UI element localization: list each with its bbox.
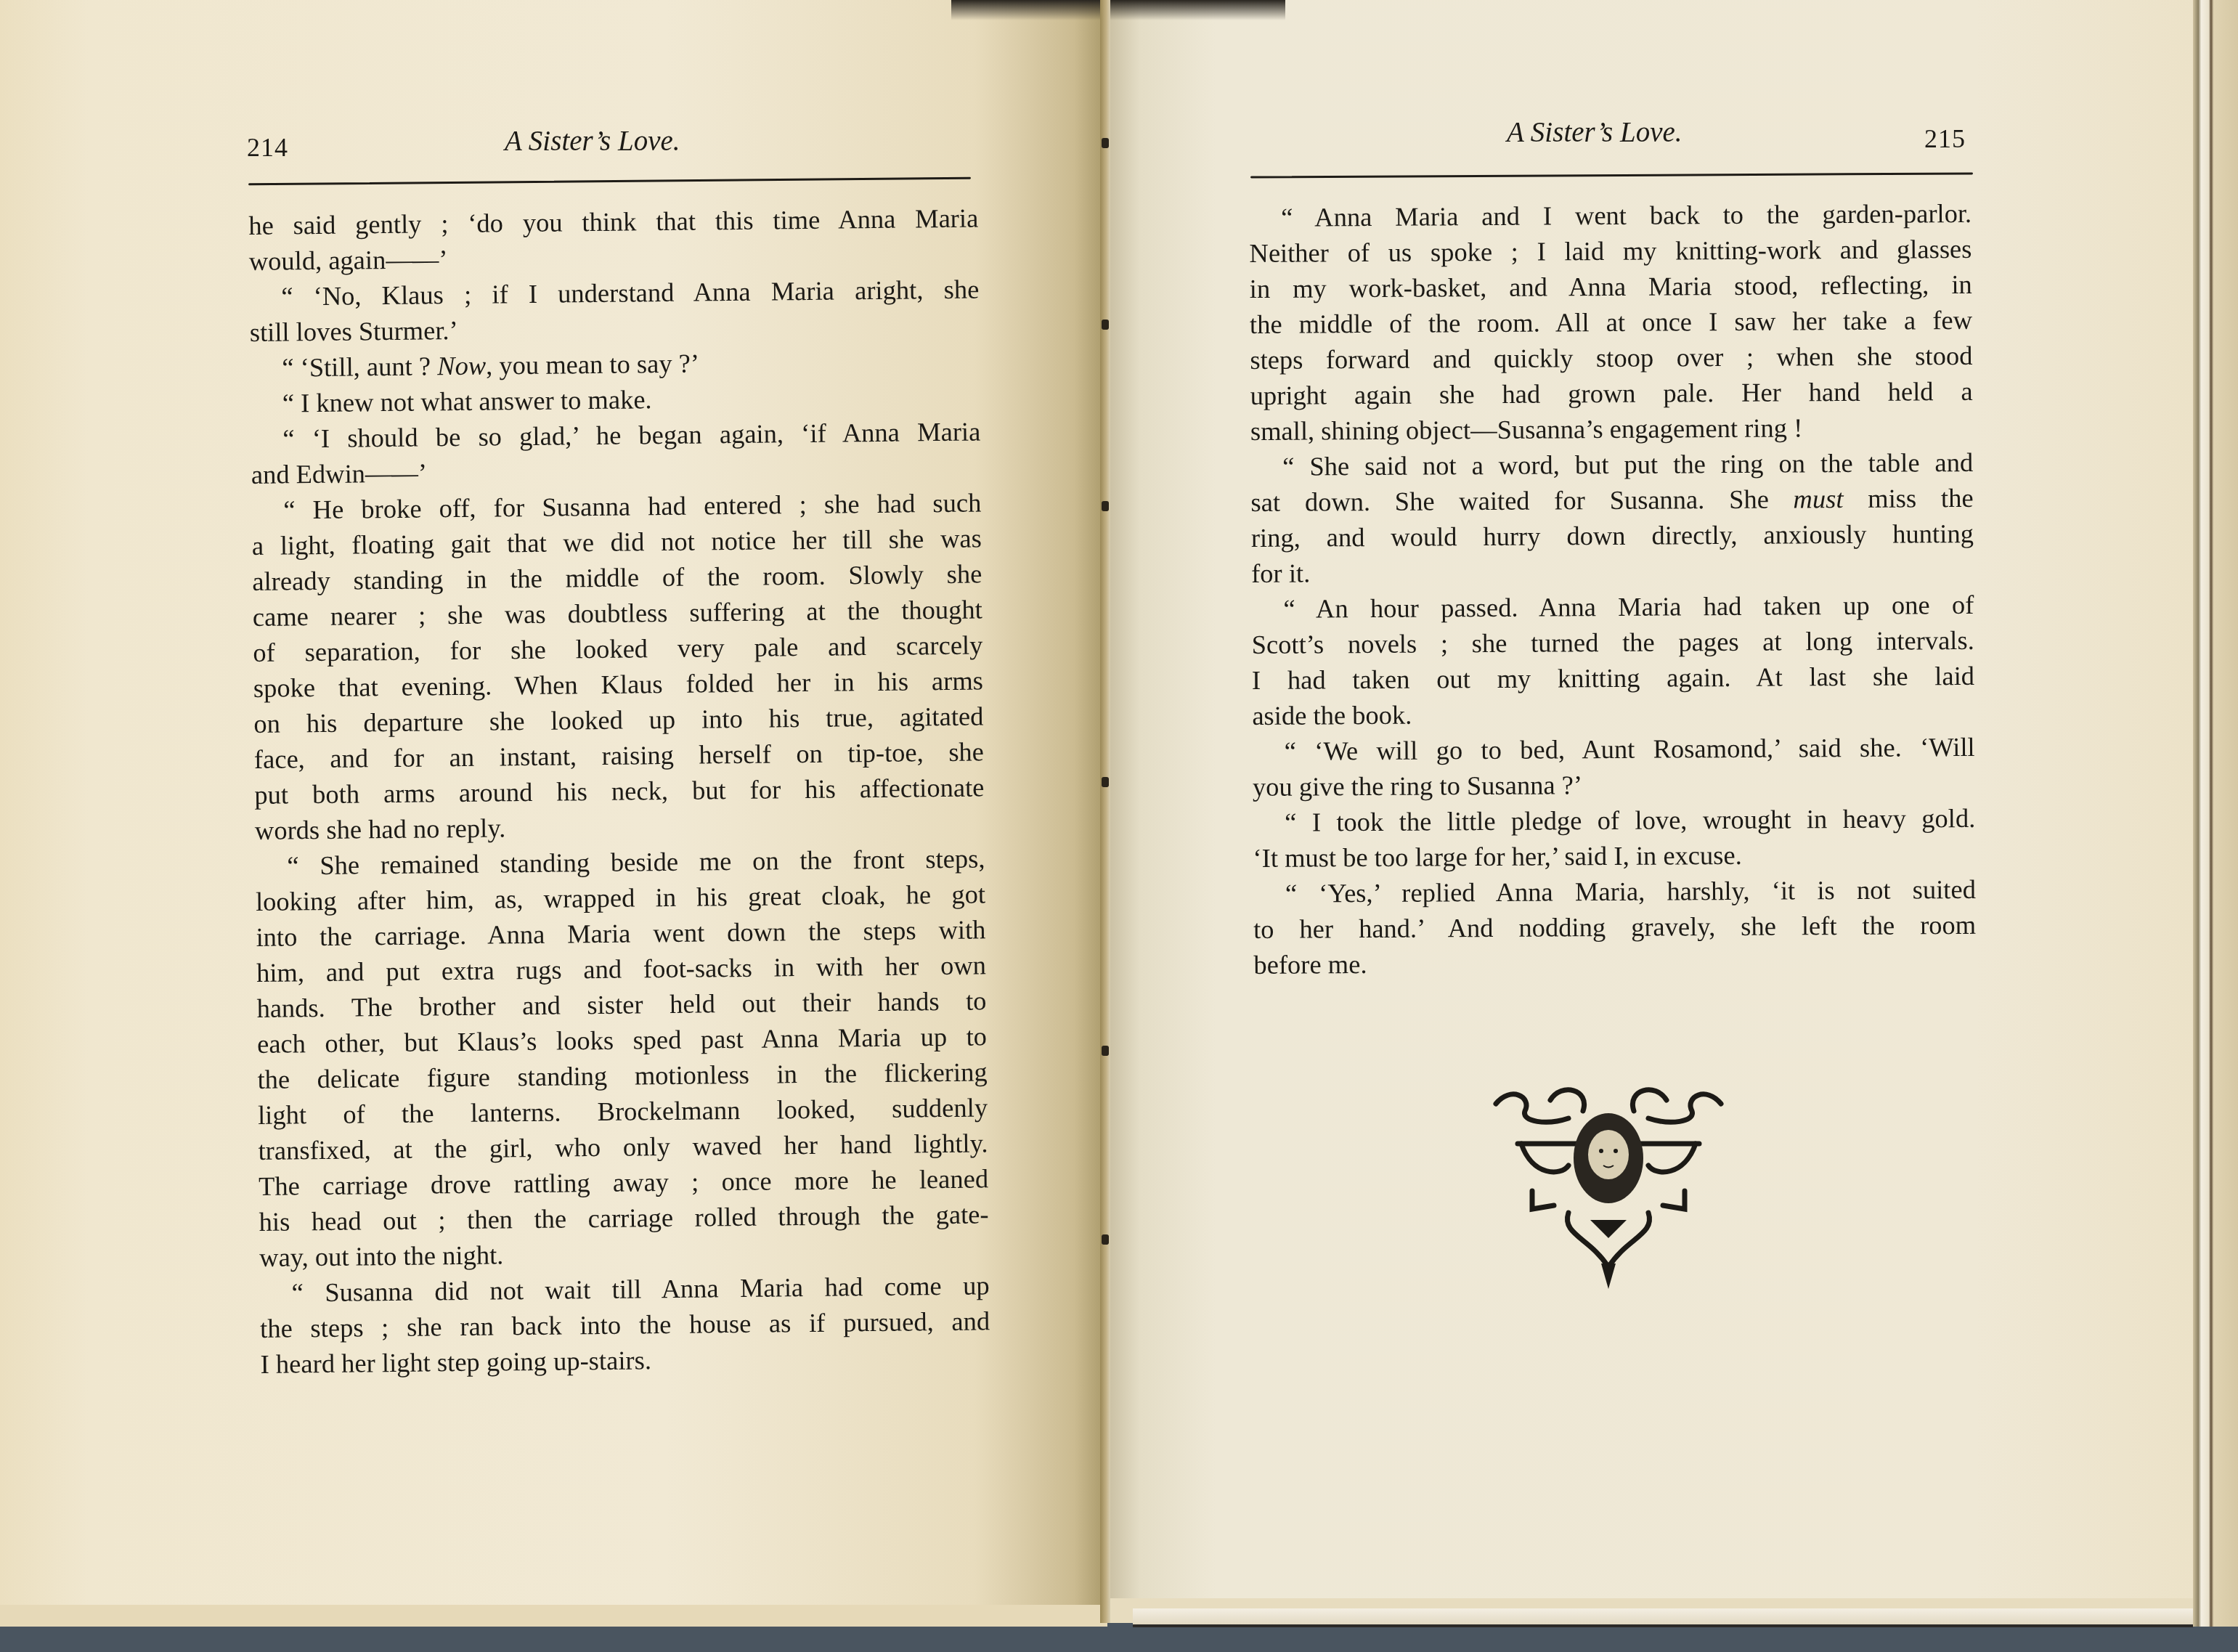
text-line: ‘It must be too large for her,’ said I, …	[1253, 836, 1975, 876]
text-line: “ Anna Maria and I went back to the gard…	[1249, 195, 1972, 235]
page-bottom-edges	[1133, 1608, 2193, 1627]
text-line: upright again she had grown pale. Her ha…	[1250, 373, 1972, 413]
text-line: “ ‘We will go to bed, Aunt Rosamond,’ sa…	[1252, 729, 1974, 769]
binding-stitch	[1102, 1234, 1109, 1245]
body-text-right: “ Anna Maria and I went back to the gard…	[1249, 195, 1977, 982]
text-line: you give the ring to Susanna ?’	[1253, 765, 1975, 805]
text-line: “ An hour passed. Anna Maria had taken u…	[1251, 587, 1974, 627]
running-title-right: A Sister’s Love.	[1507, 116, 1682, 149]
binding-stitch	[1102, 1046, 1109, 1056]
text-line: sat down. She waited for Susanna. She mu…	[1250, 480, 1973, 520]
body-text-left: he said gently ; ‘do you think that this…	[248, 200, 990, 1381]
gutter	[1100, 0, 1110, 1623]
text-line: Neither of us spoke ; I laid my knitting…	[1249, 231, 1972, 271]
text-line: to her hand.’ And nodding gravely, she l…	[1253, 907, 1976, 947]
text-line: for it.	[1251, 551, 1974, 591]
text-line: I had taken out my knitting again. At la…	[1252, 658, 1974, 698]
text-line: Scott’s novels ; she turned the pages at…	[1252, 622, 1974, 662]
fore-edge	[2193, 0, 2238, 1627]
running-title-left: A Sister’s Love.	[505, 125, 680, 158]
binding-stitch	[1102, 777, 1109, 787]
binding-stitch	[1102, 138, 1109, 148]
spine-top-shadow	[951, 0, 1285, 20]
text-line: aside the book.	[1252, 693, 1974, 733]
text-line: ring, and would hurry down directly, anx…	[1251, 516, 1974, 556]
page-number-right: 215	[1924, 123, 1966, 154]
book-spread: 214 A Sister’s Love. A Sister’s Love. 21…	[0, 0, 2238, 1652]
page-number-left: 214	[247, 132, 288, 163]
binding-stitch	[1102, 320, 1109, 330]
text-line: “ ‘Yes,’ replied Anna Maria, harshly, ‘i…	[1253, 871, 1976, 911]
text-line: small, shining object—Susanna’s engageme…	[1250, 409, 1973, 449]
text-line: “ I took the little pledge of love, wrou…	[1253, 800, 1975, 840]
tailpiece-ornament-icon	[1481, 1082, 1736, 1293]
binding-stitch	[1102, 501, 1109, 511]
text-line: the middle of the room. All at once I sa…	[1250, 302, 1972, 342]
text-line: steps forward and quickly stoop over ; w…	[1250, 338, 1972, 378]
text-line: before me.	[1253, 943, 1976, 982]
text-line: “ She said not a word, but put the ring …	[1250, 444, 1973, 484]
text-line: in my work-basket, and Anna Maria stood,…	[1250, 266, 1972, 306]
